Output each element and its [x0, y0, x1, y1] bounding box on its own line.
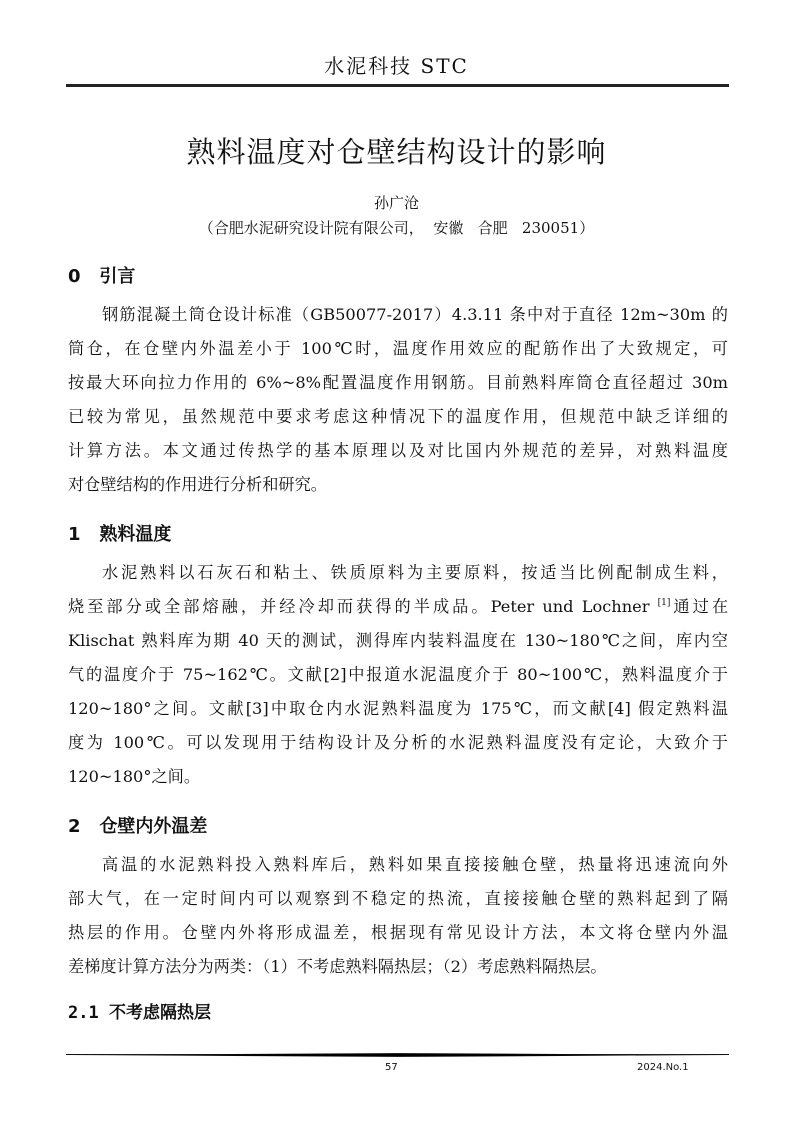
section-heading-intro: 0 引言	[68, 262, 135, 288]
paper-page: 水泥科技 STC 熟料温度对仓壁结构设计的影响 孙广沧 （合肥水泥研究设计院有限…	[0, 0, 793, 1122]
paragraph-line: 按最大环向拉力作用的 6%~8%配置温度作用钢筋。目前熟料库筒仓直径超过 30m	[68, 369, 728, 393]
section-heading-wall-temperature-difference: 2 仓壁内外温差	[68, 812, 207, 838]
paragraph-line: 差梯度计算方法分为两类：（1）不考虑熟料隔热层；（2）考虑熟料隔热层。	[68, 953, 728, 977]
paragraph-line: Klischat 熟料库为期 40 天的测试，测得库内装料温度在 130~180…	[68, 627, 728, 651]
paragraph-line: 高温的水泥熟料投入熟料库后，熟料如果直接接触仓壁，热量将迅速流向外	[102, 851, 728, 875]
paragraph-line: 120~180°之间。	[68, 763, 728, 787]
subsection-heading-no-insulation: 2.1 不考虑隔热层	[68, 998, 211, 1023]
paragraph-line: 筒仓，在仓壁内外温差小于 100℃时，温度作用效应的配筋作出了大致规定，可	[68, 335, 728, 359]
page-number: 57	[385, 1062, 398, 1073]
line-text-tail: 通过在	[670, 597, 728, 616]
paragraph-line: 120~180°之间。文献[3]中取仓内水泥熟料温度为 175℃，而文献[4] …	[68, 695, 728, 719]
paragraph-line: 部大气，在一定时间内可以观察到不稳定的热流，直接接触仓壁的熟料起到了隔	[68, 885, 728, 909]
paragraph-line: 烧至部分或全部熔融，并经冷却而获得的半成品。Peter und Lochner …	[68, 593, 728, 617]
journal-header: 水泥科技 STC	[0, 50, 793, 79]
paragraph-line: 钢筋混凝土筒仓设计标准（GB50077-2017）4.3.11 条中对于直径 1…	[102, 301, 728, 325]
paragraph-line: 气的温度介于 75~162℃。文献[2]中报道水泥温度介于 80~100℃，熟料…	[68, 661, 728, 685]
paragraph-line: 水泥熟料以石灰石和粘土、铁质原料为主要原料，按适当比例配制成生料，	[102, 559, 728, 583]
citation-1[interactable]: [1]	[658, 598, 671, 608]
article-author: 孙广沧	[0, 192, 793, 213]
section-heading-clinker-temperature: 1 熟料温度	[68, 520, 171, 546]
header-rule	[66, 84, 729, 87]
paragraph-line: 对仓壁结构的作用进行分析和研究。	[68, 471, 728, 495]
paragraph-line: 已较为常见，虽然规范中要求考虑这种情况下的温度作用，但规范中缺乏详细的	[68, 403, 728, 427]
issue-label: 2024.No.1	[637, 1062, 689, 1073]
paragraph-line: 度为 100℃。可以发现用于结构设计及分析的水泥熟料温度没有定论，大致介于	[68, 729, 728, 753]
article-affiliation: （合肥水泥研究设计院有限公司， 安徽 合肥 230051）	[0, 217, 793, 238]
paragraph-line: 热层的作用。仓壁内外将形成温差，根据现有常见设计方法，本文将仓壁内外温	[68, 919, 728, 943]
line-text: 烧至部分或全部熔融，并经冷却而获得的半成品。Peter und Lochner	[68, 597, 658, 616]
paragraph-line: 计算方法。本文通过传热学的基本原理以及对比国内外规范的差异，对熟料温度	[68, 437, 728, 461]
article-title: 熟料温度对仓壁结构设计的影响	[0, 130, 793, 171]
